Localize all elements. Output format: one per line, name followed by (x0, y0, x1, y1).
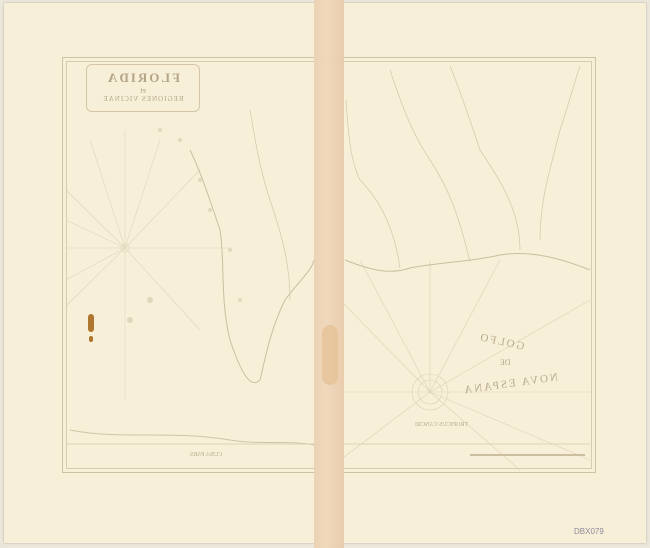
map-title-connector: et (87, 86, 199, 95)
map-title: FLORIDA (87, 70, 199, 86)
inventory-mark: DBX079 (574, 527, 604, 536)
map-subtitle: REGIONES VICINAE (87, 95, 199, 103)
rust-stain (88, 314, 94, 332)
cuba-label: CUBA PARS (190, 452, 222, 458)
center-fold-reinforcement (314, 0, 344, 548)
rust-stain-small (89, 336, 93, 342)
tropic-label: TROPICUS CANCRI (415, 422, 468, 428)
title-cartouche: FLORIDA et REGIONES VICINAE (86, 64, 200, 112)
fold-stain (322, 325, 338, 385)
gulf-label-line2: DE (500, 358, 511, 367)
